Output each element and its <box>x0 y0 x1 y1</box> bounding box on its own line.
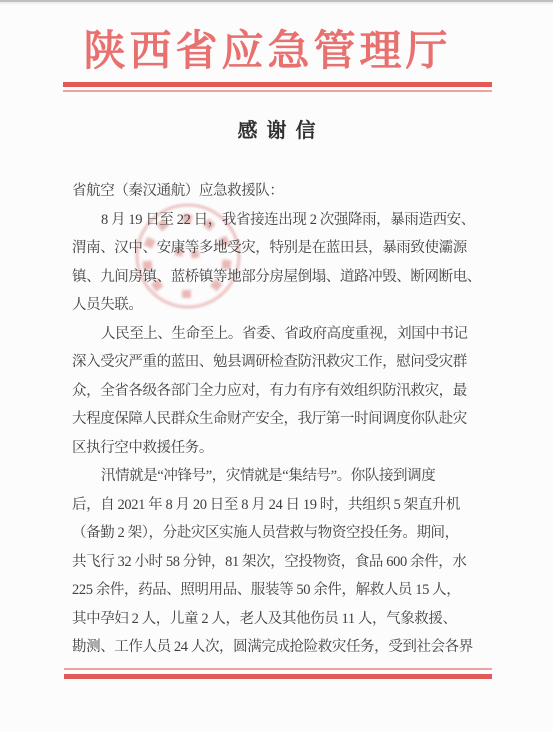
letter-line: 渭南、汉中、安康等多地受灾，特别是在蓝田县，暴雨致使灞源 <box>72 234 496 263</box>
letter-line: 其中孕妇 2 人，儿童 2 人，老人及其他伤员 11 人，气象救援、 <box>72 605 496 634</box>
salutation: 省航空（秦汉通航）应急救援队： <box>72 177 496 206</box>
letterhead-department-title: 陕西省应急管理厅 <box>0 28 535 76</box>
letter-line: 大程度保障人民群众生命财产安全，我厅第一时间调度你队赴灾 <box>72 405 496 434</box>
document-title: 感 谢 信 <box>63 118 492 144</box>
letter-line: 镇、九间房镇、蓝桥镇等地部分房屋倒塌、道路冲毁、断网断电、 <box>72 263 496 292</box>
scan-edge-shadow <box>0 2 553 5</box>
letter-line: 众，全省各级各部门全力应对，有力有序有效组织防汛救灾，最 <box>72 377 496 406</box>
letter-line: 后，自 2021 年 8 月 20 日至 8 月 24 日 19 时，共组织 5… <box>72 491 496 520</box>
letter-line: 勘测、工作人员 24 人次，圆满完成抢险救灾任务，受到社会各界 <box>72 633 496 662</box>
letter-line: （备勤 2 架），分赴灾区实施人员营救与物资空投任务。期间， <box>72 519 496 548</box>
letter-line: 人员失联。 <box>72 291 496 320</box>
letter-line: 共飞行 32 小时 58 分钟，81 架次，空投物资，食品 600 余件，水 <box>72 548 496 577</box>
letter-line: 区执行空中救援任务。 <box>72 434 496 463</box>
footer-rule-thin <box>64 668 492 670</box>
letterhead-rule-thin <box>63 90 492 92</box>
letter-line: 深入受灾严重的蓝田、勉县调研检查防汛救灾工作，慰问受灾群 <box>72 348 496 377</box>
letter-body: 省航空（秦汉通航）应急救援队： 8 月 19 日至 22 日，我省接连出现 2 … <box>72 177 496 662</box>
letter-line: 人民至上、生命至上。省委、省政府高度重视，刘国中书记 <box>72 320 496 349</box>
letter-line: 225 余件，药品、照明用品、服装等 50 余件，解救人员 15 人， <box>72 576 496 605</box>
letterhead-rule-thick <box>63 82 492 87</box>
document-page: 陕西省应急管理厅 感 谢 信 省 <box>0 0 553 732</box>
footer-rule-thick <box>64 674 492 679</box>
letter-line: 汛情就是“冲锋号”，灾情就是“集结号”。你队接到调度 <box>72 462 496 491</box>
letter-paragraphs: 8 月 19 日至 22 日，我省接连出现 2 次强降雨，暴雨造西安、渭南、汉中… <box>72 206 496 662</box>
letter-line: 8 月 19 日至 22 日，我省接连出现 2 次强降雨，暴雨造西安、 <box>72 206 496 235</box>
